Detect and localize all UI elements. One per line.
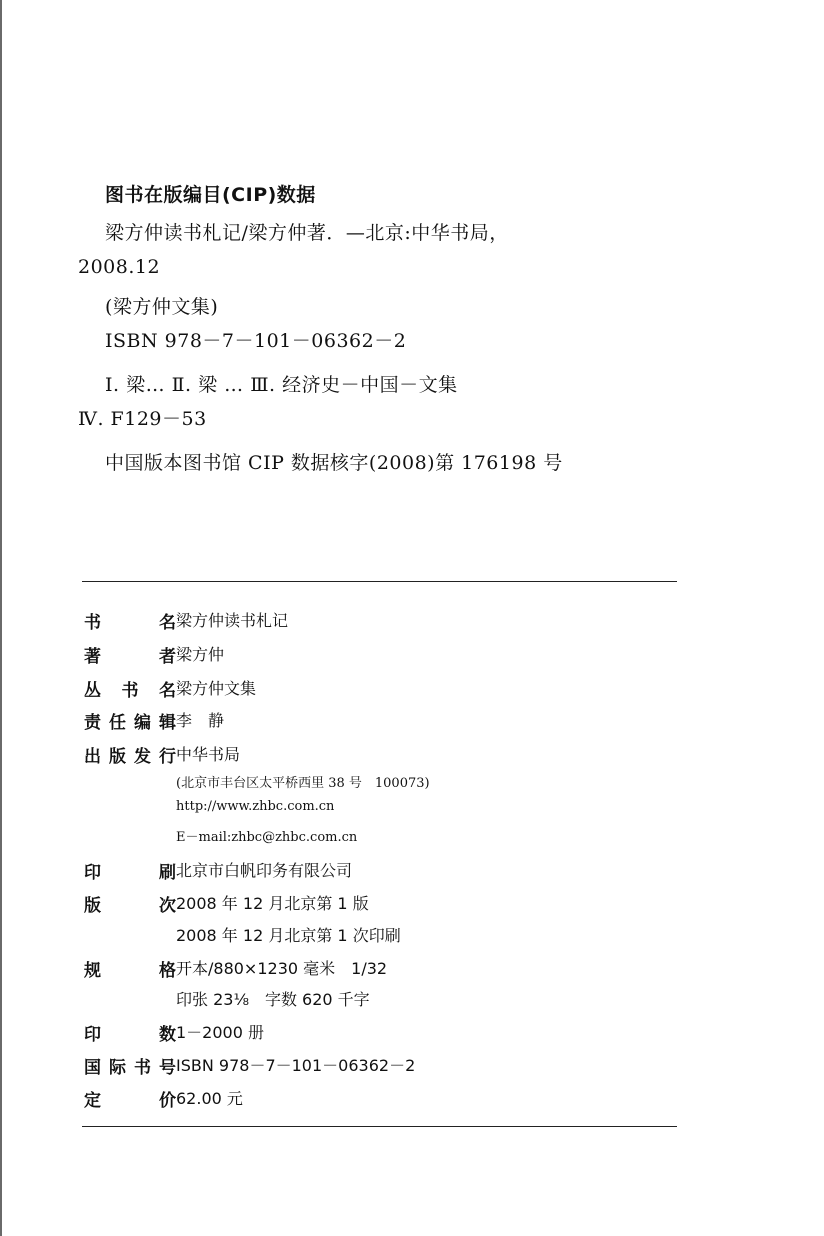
cip-line-classification: Ⅳ. F129－53 — [78, 404, 207, 431]
bottom-divider — [82, 1126, 677, 1127]
publisher-url: http://www.zhbc.com.cn — [176, 799, 334, 814]
publisher-email: E－mail:zhbc@zhbc.com.cn — [176, 826, 357, 845]
row-label: 丛书名 — [84, 676, 176, 701]
row-label: 国际书号 — [84, 1053, 176, 1078]
cip-line-approval: 中国版本图书馆 CIP 数据核字(2008)第 176198 号 — [105, 448, 563, 475]
row-label: 印刷 — [84, 858, 176, 883]
cip-line-subjects: Ⅰ. 梁… Ⅱ. 梁 … Ⅲ. 经济史－中国－文集 — [105, 370, 458, 397]
row-value: 北京市白帆印务有限公司 — [176, 858, 352, 881]
row-value: 开本/880×1230 毫米 1/32 — [176, 956, 387, 979]
row-value: 梁方仲文集 — [176, 676, 256, 699]
row-value: 2008 年 12 月北京第 1 版 — [176, 891, 369, 914]
cip-line-series: (梁方仲文集) — [105, 292, 218, 319]
row-label: 定价 — [84, 1086, 176, 1111]
cip-title: 图书在版编目(CIP)数据 — [105, 180, 316, 207]
row-value: 李 静 — [176, 708, 224, 731]
row-value: 1－2000 册 — [176, 1020, 264, 1043]
specs-extra: 印张 23⅛ 字数 620 千字 — [176, 987, 370, 1010]
publisher-address: (北京市丰台区太平桥西里 38 号 100073) — [176, 772, 430, 791]
row-label: 印数 — [84, 1020, 176, 1045]
row-label: 版次 — [84, 891, 176, 916]
row-label: 出版发行 — [84, 742, 176, 767]
row-value: 中华书局 — [176, 742, 240, 765]
page-left-border — [0, 0, 2, 1236]
cip-line-date: 2008.12 — [78, 256, 160, 278]
cip-line-title-author: 梁方仲读书札记/梁方仲著．—北京:中华书局， — [105, 218, 509, 245]
row-value: 梁方仲 — [176, 642, 224, 665]
row-label: 著者 — [84, 642, 176, 667]
top-divider — [82, 581, 677, 582]
row-value: 梁方仲读书札记 — [176, 608, 288, 631]
row-label: 规格 — [84, 956, 176, 981]
row-label: 责任编辑 — [84, 708, 176, 733]
row-value: ISBN 978－7－101－06362－2 — [176, 1053, 415, 1076]
row-label: 书名 — [84, 608, 176, 633]
cip-line-isbn: ISBN 978－7－101－06362－2 — [105, 326, 406, 353]
edition-printing: 2008 年 12 月北京第 1 次印刷 — [176, 923, 401, 946]
row-value: 62.00 元 — [176, 1086, 243, 1109]
